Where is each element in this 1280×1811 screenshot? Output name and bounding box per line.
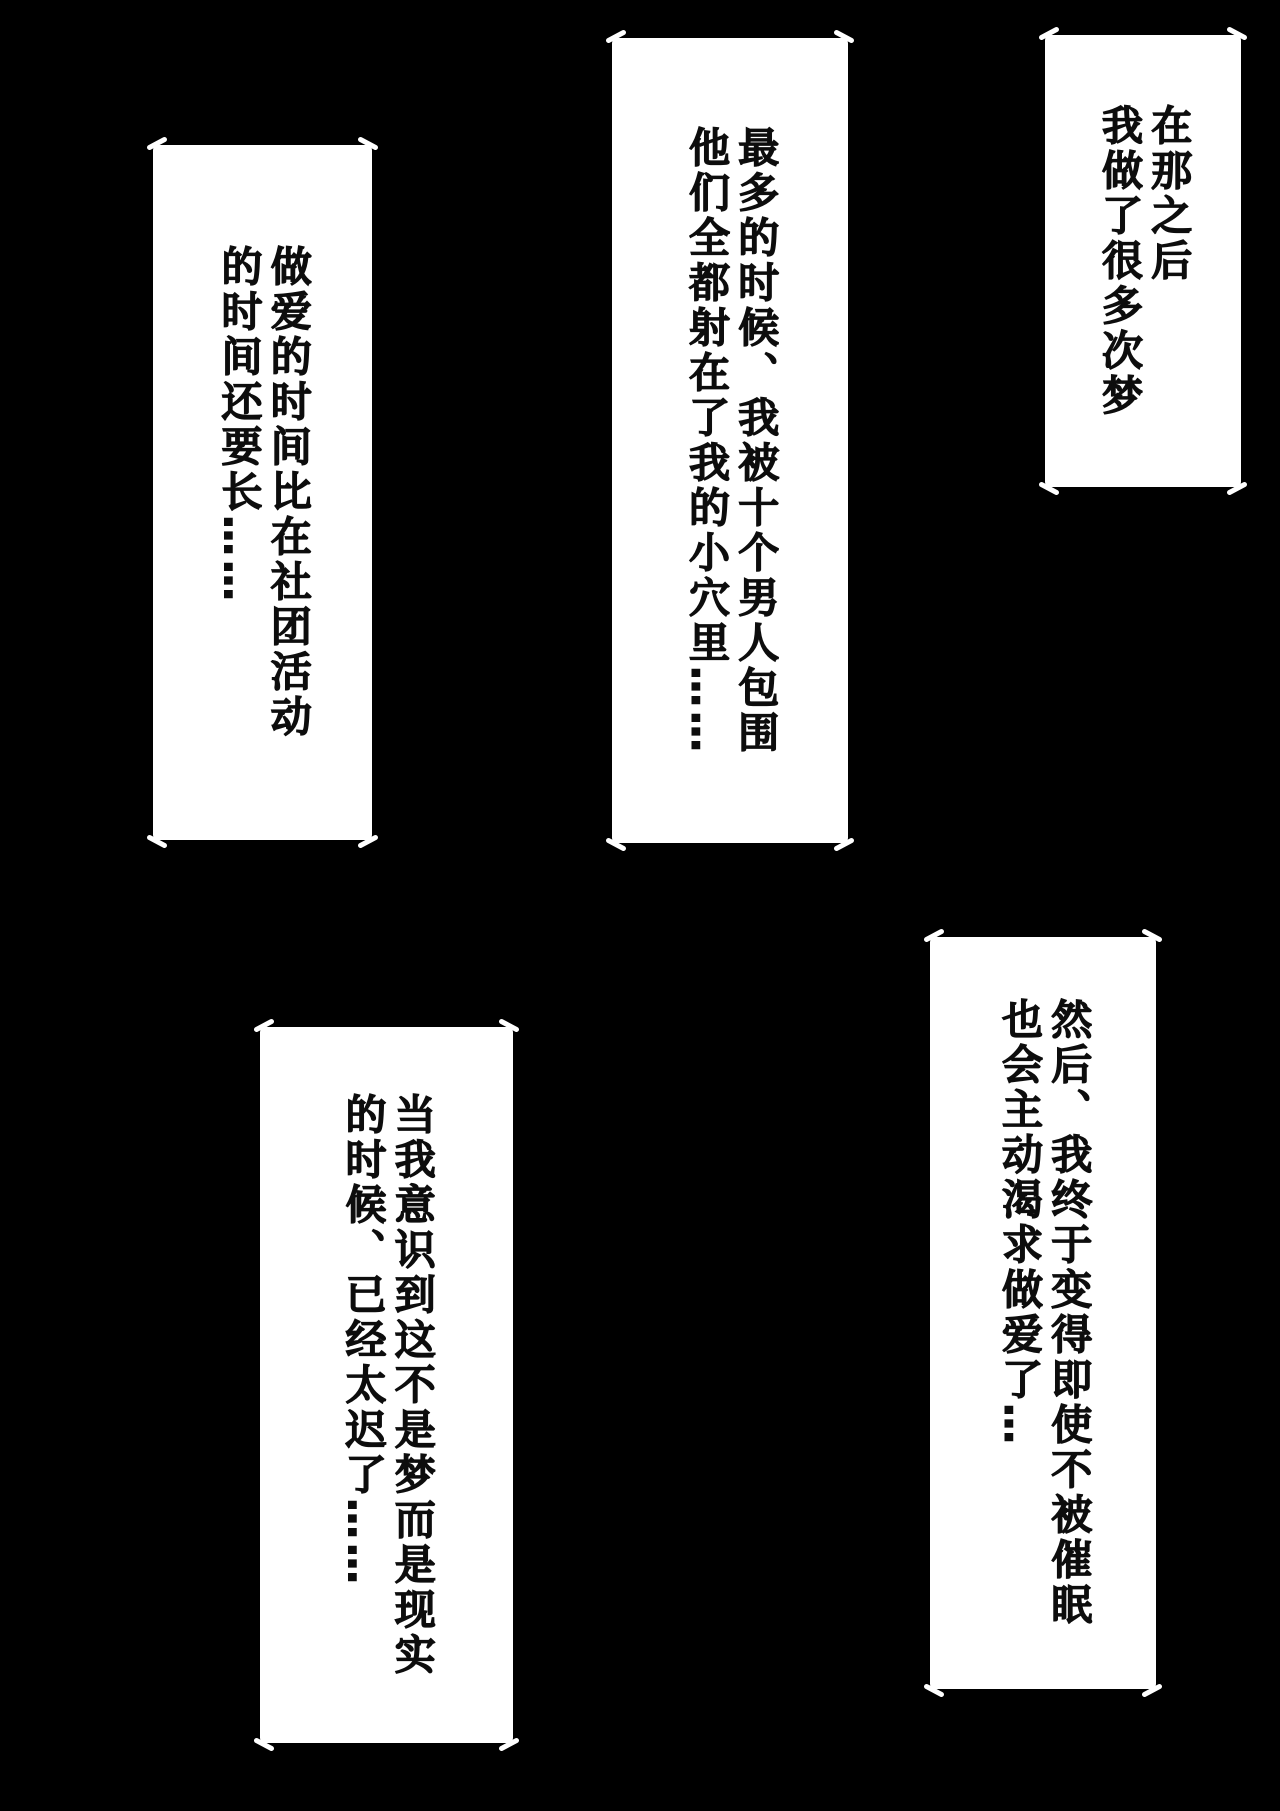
narration-panel-dream-many-times: 在那之后 我做了很多次梦 xyxy=(1045,35,1241,487)
panel-inner: 最多的时候、我被十个男人包围 他们全都射在了我的小穴里…… xyxy=(612,38,848,843)
narration-panel-craving-without-hypnosis: 然后、我终于变得即使不被催眠 也会主动渴求做爱了… xyxy=(930,937,1156,1689)
text-column-left: 也会主动渴求做爱了… xyxy=(994,998,1043,1628)
text-column-right: 当我意识到这不是梦而是现实 xyxy=(387,1093,436,1678)
vertical-text-block: 然后、我终于变得即使不被催眠 也会主动渴求做爱了… xyxy=(994,998,1092,1628)
text-column-left: 的时候、已经太迟了…… xyxy=(337,1093,386,1678)
text-column-right: 在那之后 xyxy=(1143,104,1192,419)
text-column-left: 他们全都射在了我的小穴里…… xyxy=(681,126,730,756)
vertical-text-block: 当我意识到这不是梦而是现实 的时候、已经太迟了…… xyxy=(337,1093,435,1678)
vertical-text-block: 在那之后 我做了很多次梦 xyxy=(1094,104,1192,419)
panel-inner: 然后、我终于变得即使不被催眠 也会主动渴求做爱了… xyxy=(930,937,1156,1689)
text-column-left: 我做了很多次梦 xyxy=(1094,104,1143,419)
manga-page: 在那之后 我做了很多次梦 最多的时候、我被十个男人包围 他们全都射在了我的小穴里… xyxy=(0,0,1280,1811)
vertical-text-block: 最多的时候、我被十个男人包围 他们全都射在了我的小穴里…… xyxy=(681,126,779,756)
narration-panel-longer-than-club: 做爱的时间比在社团活动 的时间还要长…… xyxy=(153,145,372,840)
text-column-right: 然后、我终于变得即使不被催眠 xyxy=(1043,998,1092,1628)
text-column-left: 的时间还要长…… xyxy=(213,245,262,740)
narration-panel-too-late: 当我意识到这不是梦而是现实 的时候、已经太迟了…… xyxy=(260,1027,513,1743)
text-column-right: 最多的时候、我被十个男人包围 xyxy=(730,126,779,756)
narration-panel-most-times-surrounded: 最多的时候、我被十个男人包围 他们全都射在了我的小穴里…… xyxy=(612,38,848,843)
panel-inner: 在那之后 我做了很多次梦 xyxy=(1045,35,1241,487)
panel-inner: 做爱的时间比在社团活动 的时间还要长…… xyxy=(153,145,372,840)
vertical-text-block: 做爱的时间比在社团活动 的时间还要长…… xyxy=(213,245,311,740)
text-column-right: 做爱的时间比在社团活动 xyxy=(263,245,312,740)
panel-inner: 当我意识到这不是梦而是现实 的时候、已经太迟了…… xyxy=(260,1027,513,1743)
